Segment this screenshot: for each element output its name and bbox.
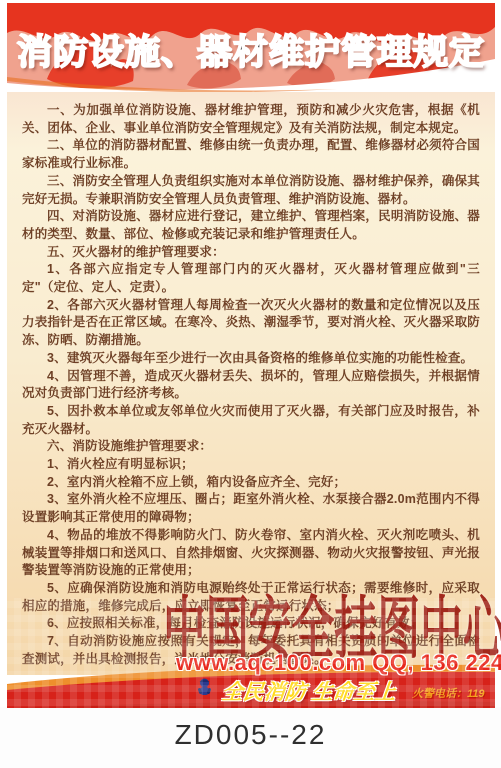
body-paragraph: 一、为加强单位消防设施、器材维护管理，预防和减少火灾危害，根据《机关、团体、企业…: [22, 102, 480, 137]
body-paragraph: 2、室内消火栓箱不应上锁，箱内设备应齐全、完好；: [22, 474, 480, 492]
body-paragraph: 1、消火栓应有明显标识；: [22, 456, 480, 474]
body-paragraph: 三、消防安全管理人负责组织实施对本单位消防设施、器材维护保养，确保其完好无损。专…: [22, 173, 480, 208]
body-paragraph: 3、室外消火栓不应埋压、圈占；距室外消火栓、水泵接合器2.0m范围内不得设置影响…: [22, 491, 480, 526]
body-paragraph: 二、单位的消防器材配置、维修由统一负责办理，配置、维修器材必须符合国家标准或行业…: [22, 137, 480, 172]
body-paragraph: 5、因扑救本单位或友邻单位火灾而使用了灭火器，有关部门应及时报告，补充灭火器材。: [22, 403, 480, 438]
body-paragraph: 4、因管理不善，造成灭火器材丢失、损坏的，管理人应赔偿损失，并根据情况对负责部门…: [22, 368, 480, 403]
body-paragraph: 五、灭火器材的维护管理要求：: [22, 244, 480, 262]
poster-page: 消防设施、器材维护管理规定 一、为加强单位消防设施、器材维护管理，预防和减少火灾…: [0, 0, 501, 768]
firefighter-mascot-icon: [196, 677, 213, 699]
ribbon-slogan: 全民消防 生命至上: [220, 676, 397, 706]
body-paragraph: 四、对消防设施、器材应进行登记，建立维护、管理档案，民明消防设施、器材的类型、数…: [22, 208, 480, 243]
poster-title: 消防设施、器材维护管理规定: [7, 25, 495, 75]
body-paragraph: 2、各部六灭火器材管理人每周检查一次灭火火器材的数量和定位情况以及压力表指针是否…: [22, 297, 480, 350]
flame-header: 消防设施、器材维护管理规定: [7, 3, 495, 92]
watermark-url-line: www.aqc100.com QQ, 136 224 1340: [176, 650, 501, 676]
footer-strip: ZD005--22: [0, 707, 501, 768]
fire-hotline-label: 火警电话：119: [412, 685, 485, 701]
body-paragraph: 1、各部六应指定专人管理部门内的灭火器材，灭火器材管理应做到"三定"（定位、定人…: [22, 261, 480, 296]
product-code: ZD005--22: [0, 719, 501, 751]
body-paragraph: 六、消防设施维护管理要求：: [22, 438, 480, 456]
body-paragraph: 4、物品的堆放不得影响防火门、防火卷帘、室内消火栓、灭火剂吃喷头、机械装置等排烟…: [22, 527, 480, 580]
body-paragraph: 3、建筑灭火器每年至少进行一次由具备资格的维修单位实施的功能性检查。: [22, 350, 480, 368]
